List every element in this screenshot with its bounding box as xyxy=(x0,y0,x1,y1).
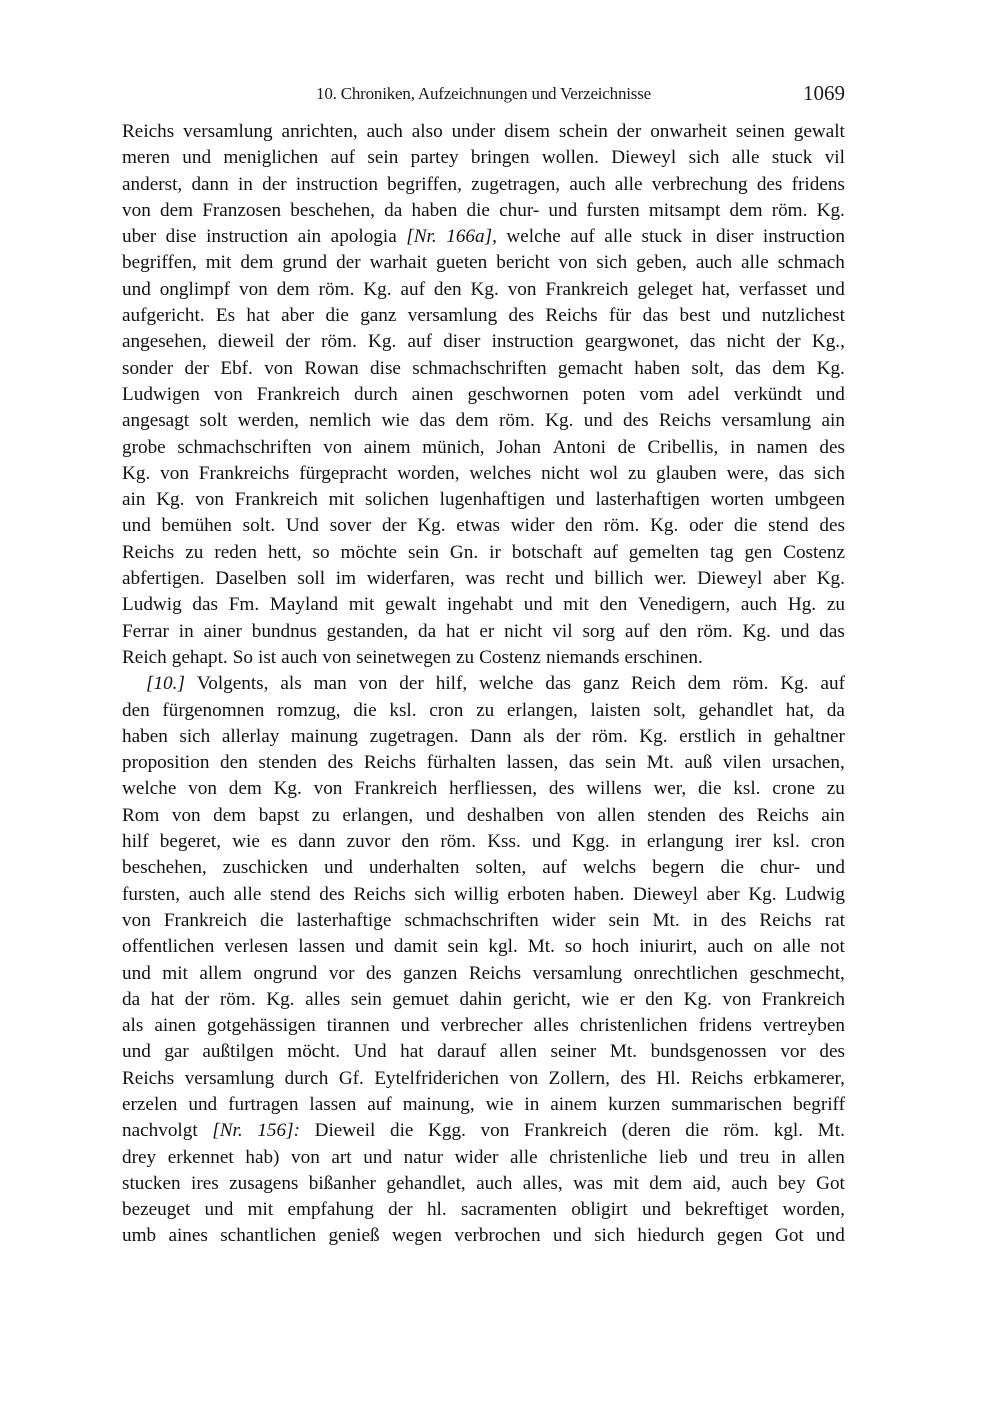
word: wider xyxy=(511,513,555,539)
word: von xyxy=(314,776,343,802)
text-line: vonFrankreichdielasterhaftigeschmachschr… xyxy=(122,908,845,934)
word: angesagt xyxy=(122,408,189,434)
word: von xyxy=(172,803,201,829)
word: als xyxy=(523,724,544,750)
word: beschehen, xyxy=(290,198,375,224)
word: und xyxy=(816,277,845,303)
word: von xyxy=(195,487,224,513)
word: alles xyxy=(305,987,340,1013)
word: das xyxy=(545,671,571,697)
word: schmachschriften xyxy=(412,356,546,382)
text-line: bezeugetundmitempfahungderhl.sacramenten… xyxy=(122,1197,845,1223)
word: alle xyxy=(510,1145,538,1171)
word: möcht. xyxy=(287,1039,340,1065)
word: gericht, xyxy=(513,987,571,1013)
word: was xyxy=(465,566,495,592)
word: haben. xyxy=(574,882,625,908)
word: lasterhaftigen xyxy=(595,487,699,513)
word: des xyxy=(328,750,354,776)
word: Kg. xyxy=(817,356,845,382)
running-title: 10. Chroniken, Aufzeichnungen und Verzei… xyxy=(122,84,845,104)
word: lassen xyxy=(309,1092,356,1118)
text-line: umbainesschantlichengenießwegenverbroche… xyxy=(122,1223,845,1249)
word: apologia xyxy=(331,224,397,250)
word: tirannen xyxy=(327,1013,390,1039)
word: gemelten xyxy=(629,540,699,566)
word: Kg. xyxy=(817,198,845,224)
word: Frankreich xyxy=(354,776,437,802)
text-line: denfürgenomnenromzug,dieksl.cronzuerlang… xyxy=(122,698,845,724)
word: onrechtlichen xyxy=(634,961,738,987)
word: Rowan xyxy=(304,356,358,382)
word: von xyxy=(509,1066,538,1092)
word: wer. xyxy=(654,566,687,592)
word: willig xyxy=(454,882,499,908)
word: Mt. xyxy=(653,908,680,934)
word: ainem xyxy=(364,435,411,461)
word: in xyxy=(179,619,194,645)
word: fürgenomnen xyxy=(162,698,264,724)
word: Frankreich xyxy=(762,987,845,1013)
word: und xyxy=(182,145,211,171)
word: von xyxy=(322,645,351,671)
word: Kg. xyxy=(363,277,391,303)
word: verkündt xyxy=(734,382,802,408)
word: Gf. xyxy=(339,1066,364,1092)
word: lassen, xyxy=(507,750,559,776)
word: gewalt xyxy=(385,592,436,618)
word: furtragen xyxy=(228,1092,298,1118)
word: dem xyxy=(649,1171,682,1197)
word: ainen xyxy=(154,1013,196,1039)
word: den xyxy=(401,829,429,855)
word: stuck xyxy=(772,145,813,171)
word: wegen xyxy=(392,1223,442,1249)
word: auf xyxy=(407,329,432,355)
word: des xyxy=(319,882,345,908)
word: als xyxy=(122,1013,143,1039)
word: oder xyxy=(689,513,723,539)
word: ir xyxy=(489,540,501,566)
word: der xyxy=(556,724,581,750)
word: die xyxy=(260,908,283,934)
word: der xyxy=(336,250,361,276)
text-line: undbemühensolt.UndsoverderKg.etwaswiderd… xyxy=(122,513,845,539)
word: anderst, xyxy=(122,172,182,198)
word: ain xyxy=(298,224,321,250)
word: Kss. xyxy=(487,829,521,855)
word: was xyxy=(573,1171,603,1197)
word: aber xyxy=(281,303,314,329)
word: dem xyxy=(688,671,721,697)
word: erlangung xyxy=(647,829,724,855)
word: grund xyxy=(282,250,327,276)
word: und xyxy=(642,1197,671,1223)
word: und xyxy=(584,408,613,434)
word: so xyxy=(313,540,330,566)
word: worden, xyxy=(397,461,459,487)
word: Kg. xyxy=(743,619,771,645)
word: bezeuget xyxy=(122,1197,190,1223)
word: ain xyxy=(821,803,844,829)
word: ain xyxy=(821,408,844,434)
word: in xyxy=(747,724,762,750)
word: als xyxy=(280,671,301,697)
word: versamlung xyxy=(408,303,498,329)
word: Daselben xyxy=(215,566,286,592)
word: hat xyxy=(400,1039,423,1065)
word: hilf, xyxy=(436,671,467,697)
word: sein xyxy=(609,908,640,934)
word: willens xyxy=(586,776,641,802)
word: vertreyben xyxy=(763,1013,845,1039)
word: seinen xyxy=(736,119,785,145)
word: meniglichen xyxy=(223,145,318,171)
text-line: Reichgehapt.SoistauchvonseinetwegenzuCos… xyxy=(122,645,845,671)
word: in xyxy=(238,172,253,198)
word: diser xyxy=(443,329,480,355)
word: der xyxy=(617,119,642,145)
word: den xyxy=(645,987,673,1013)
word: welches xyxy=(469,461,531,487)
word: auf xyxy=(542,855,567,881)
text-line: Romvondembapstzuerlangen,unddeshalbenvon… xyxy=(122,803,845,829)
word: alle xyxy=(783,934,811,960)
word: solichen xyxy=(365,487,429,513)
word: bißanher xyxy=(309,1171,376,1197)
word: mit xyxy=(248,1197,274,1223)
word: von xyxy=(323,435,352,461)
word: Reichs xyxy=(757,803,809,829)
word: erkennet xyxy=(168,1145,234,1171)
word: Ebf. xyxy=(220,356,253,382)
word: stend xyxy=(768,513,809,539)
word: empfahung xyxy=(288,1197,374,1223)
word: bemühen xyxy=(162,513,232,539)
word: das xyxy=(420,408,446,434)
word: Kg. xyxy=(471,277,499,303)
word: chur- xyxy=(499,198,539,224)
word: erzelen xyxy=(122,1092,177,1118)
word: mit xyxy=(206,250,232,276)
word: bekreftiget xyxy=(685,1197,768,1223)
word: von xyxy=(556,803,585,829)
word: die xyxy=(325,303,348,329)
word: auch xyxy=(281,645,317,671)
word: der xyxy=(399,671,424,697)
word: die xyxy=(466,198,489,224)
word: umb xyxy=(122,1223,156,1249)
word: die xyxy=(685,1118,708,1144)
word: gen xyxy=(744,540,772,566)
word: Frankreich xyxy=(235,487,318,513)
word: best xyxy=(680,303,711,329)
word: allen xyxy=(598,803,635,829)
word: Kg. xyxy=(156,487,184,513)
word: röm. xyxy=(319,277,355,303)
word: dahin xyxy=(460,987,503,1013)
word: allen xyxy=(808,1145,845,1171)
word: geargwonet, xyxy=(585,329,679,355)
word: der xyxy=(185,356,210,382)
word: welche xyxy=(479,671,533,697)
word: Hg. xyxy=(788,592,816,618)
word: fridens xyxy=(699,1013,752,1039)
word: Kg. xyxy=(274,776,302,802)
word: die xyxy=(390,1118,413,1144)
word: und xyxy=(548,198,577,224)
word: cron xyxy=(811,829,845,855)
word: Mt. xyxy=(818,1118,845,1144)
word: da xyxy=(827,698,845,724)
word: Dieweyl xyxy=(611,145,676,171)
word: mainung xyxy=(291,724,358,750)
word: auch xyxy=(707,934,743,960)
word: wol xyxy=(589,461,618,487)
word: in xyxy=(693,908,708,934)
word: von xyxy=(722,987,751,1013)
word: drey xyxy=(122,1145,156,1171)
word: von xyxy=(160,461,189,487)
word: nemlich xyxy=(309,408,371,434)
word: zuschicken xyxy=(223,855,308,881)
word: schein xyxy=(559,119,608,145)
word: zuvor xyxy=(347,829,391,855)
word: dem xyxy=(240,250,273,276)
word: solt, xyxy=(691,356,724,382)
word: in xyxy=(692,224,707,250)
word: den xyxy=(659,619,687,645)
word: Reichs xyxy=(691,1066,743,1092)
word: erlangen, xyxy=(342,803,413,829)
word: (deren xyxy=(622,1118,671,1144)
word: haben xyxy=(634,356,680,382)
word: begriffen, xyxy=(122,250,197,276)
word: haben xyxy=(122,724,168,750)
word: ganzen xyxy=(403,961,457,987)
word: laisten xyxy=(590,698,640,724)
word: cron xyxy=(429,698,463,724)
word: erschinen. xyxy=(624,645,702,671)
text-line: angesagtsoltwerden,nemlichwiedasdemröm.K… xyxy=(122,408,845,434)
text-line: beschehen,zuschickenundunderhaltensolten… xyxy=(122,855,845,881)
word: in xyxy=(781,1145,796,1171)
word: des xyxy=(819,1039,845,1065)
word: recht xyxy=(506,566,544,592)
word: von xyxy=(508,277,537,303)
word: begern xyxy=(652,855,704,881)
word: gehandlet xyxy=(698,698,773,724)
text-line: nachvolgt[Nr.156]:DieweildieKgg.vonFrank… xyxy=(122,1118,845,1144)
word: aines xyxy=(168,1223,207,1249)
word: auch xyxy=(189,882,225,908)
word: mit xyxy=(613,1171,639,1197)
word: allen xyxy=(500,1039,537,1065)
word: hoch xyxy=(592,934,629,960)
word: tag xyxy=(710,540,733,566)
word: fürhalten xyxy=(427,750,496,776)
word: worden, xyxy=(783,1197,845,1223)
word: genieß xyxy=(328,1223,379,1249)
word: versamlung xyxy=(185,1066,275,1092)
word: gueten xyxy=(436,250,487,276)
word: Gn. xyxy=(450,540,478,566)
word: Ludwigen xyxy=(122,382,200,408)
word: des xyxy=(509,303,535,329)
word: alles xyxy=(534,1013,569,1039)
word: lugenhaftigen xyxy=(440,487,546,513)
word: Venedigern, xyxy=(638,592,730,618)
word: seinetwegen xyxy=(356,645,451,671)
word: und xyxy=(122,277,151,303)
word: angesehen, xyxy=(122,329,207,355)
word: und xyxy=(355,934,384,960)
text-line: dreyerkennethab)vonartundnaturwiderallec… xyxy=(122,1145,845,1171)
word: Reichs xyxy=(469,961,521,987)
word: nutzlichest xyxy=(762,303,845,329)
word: röm. xyxy=(697,619,733,645)
word: also xyxy=(412,119,443,145)
word: gotgehässigen xyxy=(207,1013,316,1039)
word: dem xyxy=(729,198,762,224)
word: damit xyxy=(394,934,438,960)
document-page: 10. Chroniken, Aufzeichnungen und Verzei… xyxy=(0,0,1004,1418)
word: verlesen xyxy=(224,934,288,960)
word: Kg. xyxy=(368,329,396,355)
word: Volgents, xyxy=(197,671,269,697)
word: not xyxy=(820,934,845,960)
word: der xyxy=(382,513,407,539)
word: fürgepracht xyxy=(299,461,387,487)
word: Reichs xyxy=(353,882,405,908)
word: dieweil xyxy=(218,329,274,355)
word: sover xyxy=(330,513,372,539)
word: röm. xyxy=(772,198,808,224)
word: Mt. xyxy=(647,750,674,776)
word: solt. xyxy=(243,513,276,539)
word: art xyxy=(331,1145,351,1171)
word: wider xyxy=(552,908,596,934)
word: sacramenten xyxy=(461,1197,557,1223)
word: Costenz xyxy=(479,645,541,671)
word: alle xyxy=(604,224,632,250)
word: geschwornen xyxy=(467,382,568,408)
word: sich xyxy=(594,1223,625,1249)
word: des xyxy=(819,513,845,539)
word: ainer xyxy=(204,619,242,645)
word: auch xyxy=(696,250,732,276)
word: beschehen, xyxy=(122,855,207,881)
word: die xyxy=(734,513,757,539)
reference-citation: 166a], xyxy=(446,224,497,250)
word: wer, xyxy=(653,776,686,802)
word: wie xyxy=(581,987,609,1013)
word: werden, xyxy=(238,408,299,434)
text-line: alsainengotgehässigentirannenundverbrech… xyxy=(122,1013,845,1039)
word: das xyxy=(779,461,805,487)
word: der xyxy=(776,329,801,355)
word: bapst xyxy=(259,803,300,829)
word: den xyxy=(122,698,150,724)
word: Frankreich xyxy=(545,277,628,303)
word: Reichs xyxy=(759,908,811,934)
running-head: 10. Chroniken, Aufzeichnungen und Verzei… xyxy=(122,81,845,107)
word: dise xyxy=(370,356,401,382)
text-line: sonderderEbf.vonRowandiseschmachschrifte… xyxy=(122,356,845,382)
word: man xyxy=(314,671,347,697)
word: instruction xyxy=(206,224,288,250)
word: Frankreichs xyxy=(199,461,290,487)
word: kgl. xyxy=(774,1118,803,1144)
word: Reichs xyxy=(122,1066,174,1092)
text-line: uberdiseinstructionainapologia[Nr.166a],… xyxy=(122,224,845,250)
word: und xyxy=(816,382,845,408)
word: sonder xyxy=(122,356,173,382)
word: Zollern, xyxy=(549,1066,610,1092)
text-line: undonglimpfvondemröm.Kg.aufdenKg.vonFran… xyxy=(122,277,845,303)
word: hat, xyxy=(702,277,730,303)
word: christenliche xyxy=(549,1145,647,1171)
word: vil xyxy=(825,145,845,171)
word: worten xyxy=(711,487,764,513)
word: obligirt xyxy=(571,1197,628,1223)
word: röm. xyxy=(723,1118,759,1144)
word: rat xyxy=(825,908,845,934)
word: sich xyxy=(179,724,210,750)
word: allerlay xyxy=(222,724,280,750)
word: zu xyxy=(827,776,845,802)
word: röm. xyxy=(733,671,769,697)
word: niemands xyxy=(546,645,620,671)
word: ganz xyxy=(360,303,396,329)
word: were, xyxy=(727,461,769,487)
word: durch xyxy=(354,382,398,408)
word: ingehabt xyxy=(447,592,513,618)
word: dise xyxy=(166,224,197,250)
word: diser xyxy=(716,224,753,250)
word: die xyxy=(698,776,721,802)
word: welche xyxy=(506,224,560,250)
word: under xyxy=(452,119,496,145)
word: auch xyxy=(569,172,605,198)
word: die xyxy=(353,698,376,724)
word: Johan xyxy=(496,435,541,461)
word: Dann xyxy=(470,724,512,750)
word: sein xyxy=(367,145,398,171)
word: etwas xyxy=(456,513,500,539)
word: Und xyxy=(354,1039,387,1065)
word: geben, xyxy=(636,250,687,276)
text-line: dahatderröm.Kg.allesseingemuetdahingeric… xyxy=(122,987,845,1013)
word: die xyxy=(720,855,743,881)
word: Reich xyxy=(631,671,676,697)
text-line: [10.]Volgents,alsmanvonderhilf,welchedas… xyxy=(122,671,845,697)
word: das xyxy=(643,303,669,329)
word: mainung, xyxy=(403,1092,475,1118)
word: romzug, xyxy=(277,698,340,724)
word: ist xyxy=(258,645,276,671)
word: sich xyxy=(596,250,627,276)
word: Dieweyl xyxy=(697,566,762,592)
word: erstlich xyxy=(679,724,735,750)
word: das xyxy=(690,329,716,355)
word: erlangen, xyxy=(507,698,578,724)
word: allem xyxy=(199,961,242,987)
word: des xyxy=(721,908,747,934)
word: so xyxy=(565,934,582,960)
word: Kg. xyxy=(684,987,712,1013)
word: Cribellis, xyxy=(647,435,718,461)
